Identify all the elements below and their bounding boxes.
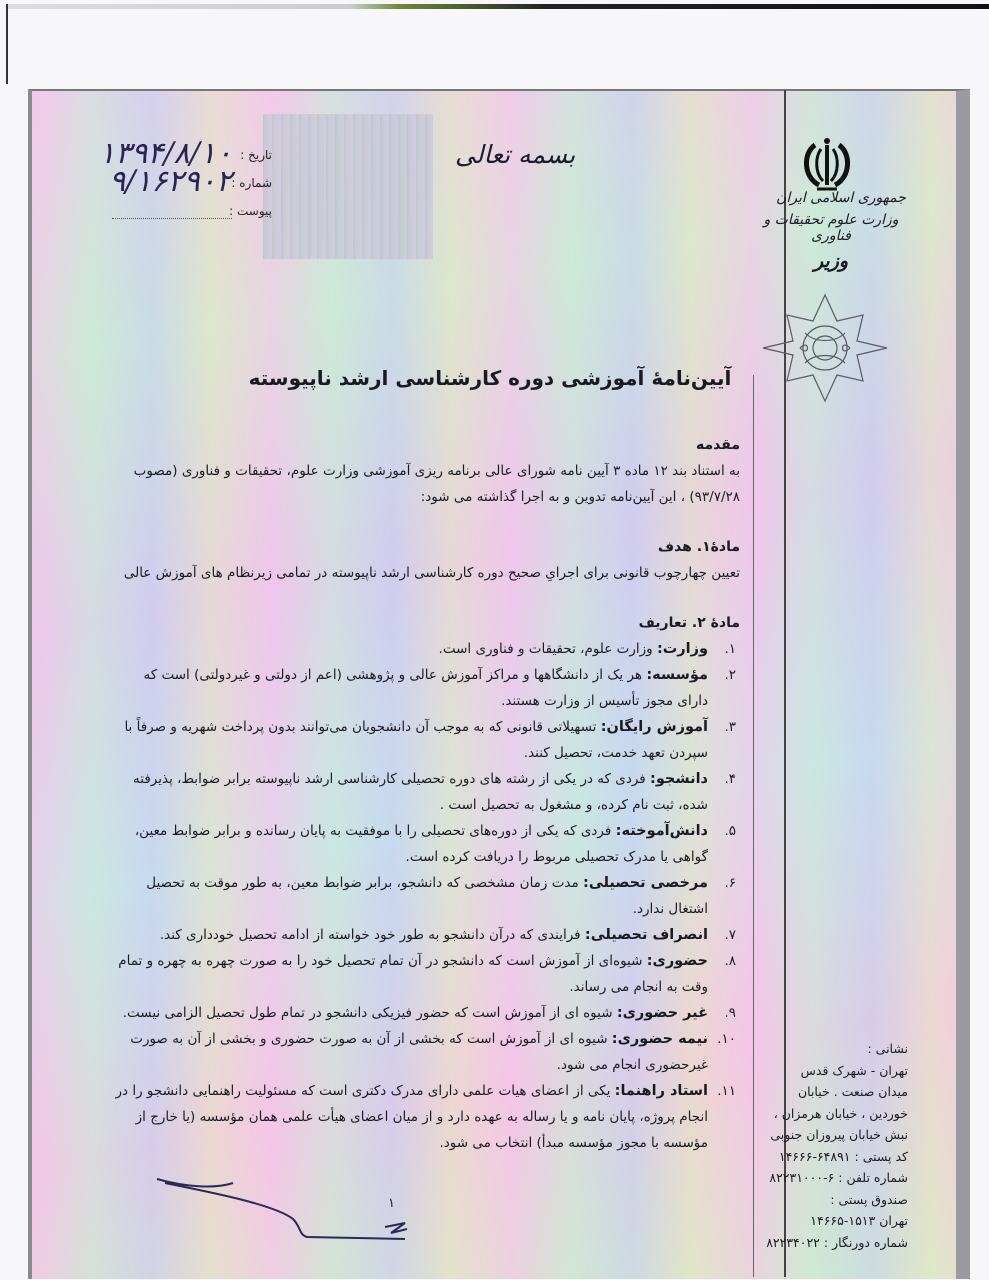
definition-term: دانشجو: <box>650 771 708 787</box>
definition-number: ۴. <box>724 766 736 792</box>
definition-term: دانش‌آموخته: <box>616 823 708 839</box>
address-line: میدان صنعت . خیابان <box>758 1081 908 1103</box>
po-box-label: صندوق پستی : <box>758 1189 908 1211</box>
signature-icon <box>155 1175 415 1245</box>
po-box: تهران ۱۵۱۳-۱۴۶۶۵ <box>758 1210 908 1232</box>
definition-term: نیمه حضوری: <box>612 1031 708 1047</box>
number-value: ۹/۱۶۲۹۰۲ <box>109 164 232 199</box>
definition-number: ۵. <box>724 818 736 844</box>
definition-number: ۹. <box>724 1000 736 1026</box>
definition-text: فردی که در یکی از رشته های دوره تحصیلی ک… <box>133 771 708 813</box>
definition-item: ۷.انصراف تحصیلی: فرایندی که درآن دانشجو … <box>110 922 740 948</box>
address-line: خوردین ، خیابان هرمزان ، <box>758 1103 908 1125</box>
security-pattern-box <box>263 114 433 259</box>
scan-top-edge <box>6 4 989 9</box>
definition-number: ۶. <box>724 870 736 896</box>
date-label: تاریخ : <box>240 148 272 162</box>
number-row: ۹/۱۶۲۹۰۲ شماره : <box>62 168 272 196</box>
article1-heading: مادهٔ۱. هدف <box>110 534 740 560</box>
definition-number: ۷. <box>724 922 736 948</box>
definition-item: ۴.دانشجو: فردی که در یکی از رشته های دور… <box>110 766 740 818</box>
page-number: ۱ <box>388 1196 395 1211</box>
org-ministry: وزارت علوم تحقیقات و فناوری <box>756 212 906 244</box>
letter-meta: ۱۳۹۴/۸/۱۰ تاریخ : ۹/۱۶۲۹۰۲ شماره : پیوست… <box>62 140 272 224</box>
definition-number: ۲. <box>724 662 736 688</box>
arabesque-ornament-icon <box>755 293 895 403</box>
definition-term: مرخصی تحصیلی: <box>583 875 708 891</box>
document-title: آیین‌نامهٔ آموزشی دوره کارشناسی ارشد ناپ… <box>230 366 750 390</box>
org-country: جمهوری اسلامی ایران <box>776 190 906 206</box>
definition-term: غیر حضوری: <box>617 1005 708 1021</box>
address-label: نشانی : <box>758 1038 908 1060</box>
definition-term: استاد راهنما: <box>615 1083 708 1099</box>
attachment-row: پیوست : <box>62 196 272 224</box>
scan-left-edge <box>6 4 8 84</box>
definition-item: ۳.آموزش رایگان: تسهیلاتی قانونی که به مو… <box>110 714 740 766</box>
definitions-list: ۱.وزارت: وزارت علوم، تحقیقات و فناوری اس… <box>110 636 740 1156</box>
definition-term: حضوری: <box>647 953 708 969</box>
definition-item: ۱۱.استاد راهنما: یکی از اعضای هیات علمی … <box>110 1078 740 1156</box>
definition-text: شیوه‌ای از آموزش است که دانشجو در آن تما… <box>118 953 708 995</box>
definition-item: ۱.وزارت: وزارت علوم، تحقیقات و فناوری اس… <box>110 636 740 662</box>
definition-term: آموزش رایگان: <box>601 719 708 735</box>
org-minister: وزیر <box>756 250 906 272</box>
definition-item: ۱۰.نیمه حضوری: شیوه ای از آموزش است که ب… <box>110 1026 740 1078</box>
article2-heading: مادهٔ ۲. تعاریف <box>110 610 740 636</box>
definition-term: وزارت: <box>657 641 708 657</box>
definition-item: ۲.مؤسسه: هر یک از دانشگاهها و مراکز آموز… <box>110 662 740 714</box>
definition-number: ۱۰. <box>717 1026 736 1052</box>
definition-text: هر یک از دانشگاهها و مراکز آموزش عالی و … <box>144 667 709 709</box>
address-line: تهران - شهرک قدس <box>758 1060 908 1082</box>
document-body: مقدمه به استناد بند ۱۲ ماده ۳ آیین نامه … <box>110 432 740 1156</box>
address-line: نبش خیابان پیروزان جنوبی <box>758 1124 908 1146</box>
phone-number: شماره تلفن : ۶-۸۲۲۳۱۰۰۰ <box>758 1167 908 1189</box>
address-block: نشانی : تهران - شهرک قدس میدان صنعت . خی… <box>758 1038 908 1253</box>
iran-emblem-icon <box>797 135 857 195</box>
definition-item: ۹.غیر حضوری: شیوه ای از آموزش است که حضو… <box>110 1000 740 1026</box>
definition-number: ۸. <box>724 948 736 974</box>
definition-number: ۳. <box>724 714 736 740</box>
article1-text: تعیین چهارچوب قانونی برای اجرایِ صحیح دو… <box>110 560 740 586</box>
intro-heading: مقدمه <box>110 432 740 458</box>
definition-text: شیوه ای از آموزش است که حضور فیزیکی دانش… <box>123 1005 617 1021</box>
definition-item: ۸.حضوری: شیوه‌ای از آموزش است که دانشجو … <box>110 948 740 1000</box>
definition-term: انصراف تحصیلی: <box>585 927 708 943</box>
definition-term: مؤسسه: <box>646 667 708 683</box>
ministry-brand: جمهوری اسلامی ایران وزارت علوم تحقیقات و… <box>756 190 906 272</box>
definition-text: وزارت علوم، تحقیقات و فناوری است. <box>439 641 657 657</box>
attachment-label: پیوست : <box>229 204 272 218</box>
definition-text: فرایندی که درآن دانشجو به طور خود خواسته… <box>160 927 585 943</box>
invocation: بسمه تعالی <box>455 140 575 169</box>
number-label: شماره : <box>231 176 272 190</box>
postal-code: کد پستی : ۶۴۸۹۱-۱۴۶۶۶ <box>758 1146 908 1168</box>
definition-item: ۶.مرخصی تحصیلی: مدت زمان مشخصی که دانشجو… <box>110 870 740 922</box>
fax-number: شماره دورنگار : ۸۲۲۳۴۰۲۲ <box>758 1232 908 1254</box>
intro-text: به استناد بند ۱۲ ماده ۳ آیین نامه شورای … <box>110 458 740 510</box>
definition-number: ۱۱. <box>717 1078 736 1104</box>
definition-item: ۵.دانش‌آموخته: فردی که یکی از دوره‌های ت… <box>110 818 740 870</box>
sidebar-divider-inner <box>753 375 754 1277</box>
attachment-line <box>112 218 232 219</box>
definition-number: ۱. <box>724 636 736 662</box>
